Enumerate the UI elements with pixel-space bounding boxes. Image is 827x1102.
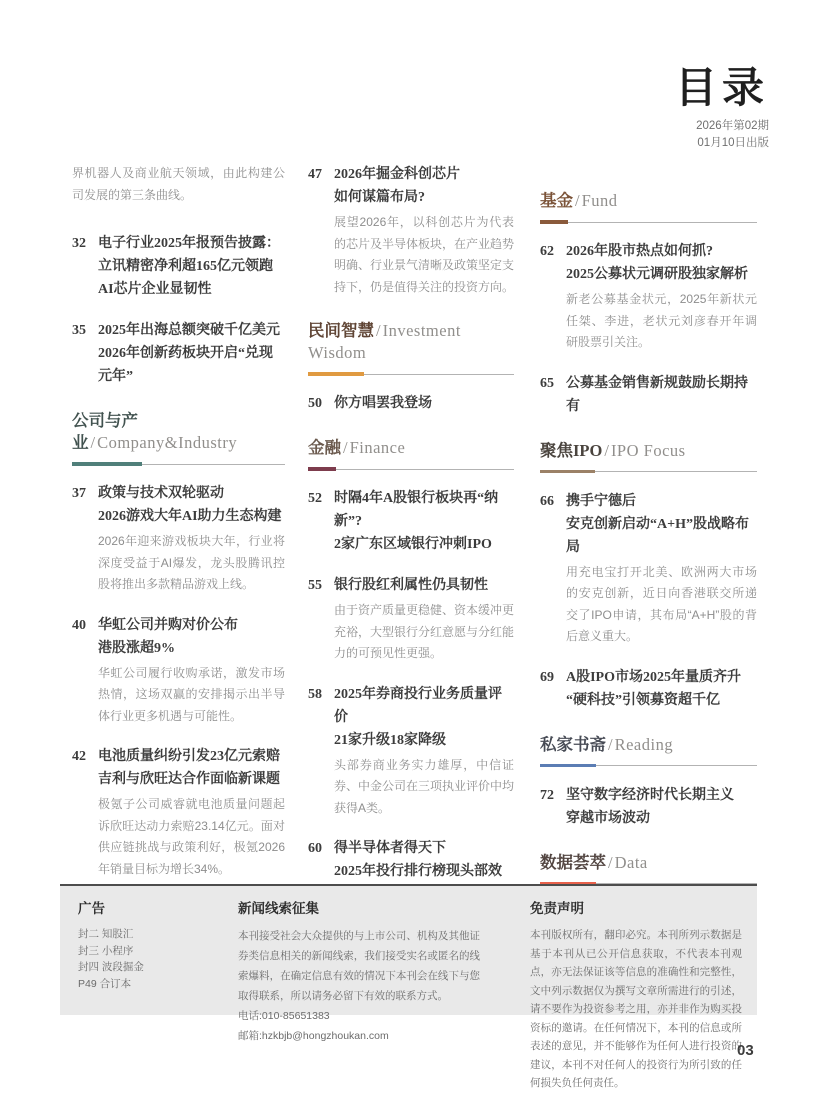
entry-title: 时隔4年A股银行板块再“纳新”? bbox=[334, 487, 514, 533]
entry-title: A股IPO市场2025年量质齐升 bbox=[566, 666, 757, 689]
entry-title: 穿越市场波动 bbox=[566, 807, 757, 830]
footer-disclaimer: 免责声明 本刊版权所有，翻印必究。本刊所列示数据是基于本刊从已公开信息获取，不代… bbox=[530, 900, 742, 1093]
toc-column-2: 472026年掘金科创芯片如何谋篇布局?展望2026年，以科创芯片为代表的芯片及… bbox=[308, 163, 514, 992]
toc-entry: 32电子行业2025年报预告披露：立讯精密净利超165亿元领跑AI芯片企业显韧性 bbox=[72, 232, 285, 301]
footer-band: 广告 封二 知股汇封三 小程序封四 波段掘金P49 合订本 新闻线索征集 本刊接… bbox=[60, 884, 757, 1015]
section-header: 公司与产业/Company&Industry bbox=[72, 410, 285, 466]
section-name-en: Finance bbox=[350, 438, 406, 457]
toc-entry: 40华虹公司并购对价公布港股涨超9%华虹公司履行收购承诺，激发市场热情，这场双赢… bbox=[72, 614, 285, 728]
section-name-en: Fund bbox=[582, 191, 618, 210]
entry-description: 极氪子公司威睿就电池质量问题起诉欣旺达动力索赔23.14亿元。面对供应链挑战与政… bbox=[98, 794, 285, 880]
entry-title: 携手宁德后 bbox=[566, 490, 757, 513]
entry-page-number: 37 bbox=[72, 482, 98, 596]
toc-entry: 55银行股红利属性仍具韧性由于资产质量更稳健、资本缓冲更充裕，大型银行分红意愿与… bbox=[308, 574, 514, 665]
section-rule bbox=[308, 467, 514, 471]
entry-page-number: 62 bbox=[540, 240, 566, 354]
entry-description: 由于资产质量更稳健、资本缓冲更充裕，大型银行分红意愿与分红能力的可预见性更强。 bbox=[334, 600, 514, 665]
publish-date: 01月10日出版 bbox=[675, 135, 769, 152]
entry-page-number: 32 bbox=[72, 232, 98, 301]
folio-page-number: 03 bbox=[737, 1042, 754, 1059]
toc-page: 目录 2026年第02期 01月10日出版 界机器人及商业航天领域，由此构建公司… bbox=[0, 0, 827, 1102]
section-rule-line bbox=[568, 222, 757, 223]
entry-title: 公募基金销售新规鼓励长期持有 bbox=[566, 372, 757, 418]
entry-title: 2025年券商投行业务质量评价 bbox=[334, 683, 514, 729]
section-accent-bar bbox=[308, 372, 364, 376]
section-slash: / bbox=[602, 441, 611, 460]
entry-title: 2025年出海总额突破千亿美元 bbox=[98, 319, 285, 342]
section-names: 基金/Fund bbox=[540, 190, 757, 212]
section-header: 基金/Fund bbox=[540, 190, 757, 224]
entry-body: 2025年券商投行业务质量评价21家升级18家降级头部券商业务实力雄厚，中信证券… bbox=[334, 683, 514, 820]
section-rule bbox=[540, 764, 757, 768]
section-name-en: Reading bbox=[615, 735, 674, 754]
section-rule-line bbox=[142, 464, 285, 465]
section-name-en: Company&Industry bbox=[97, 433, 237, 452]
section-header: 民间智慧/Investment Wisdom bbox=[308, 320, 514, 376]
toc-entry: 352025年出海总额突破千亿美元2026年创新药板块开启“兑现元年” bbox=[72, 319, 285, 388]
section-slash: / bbox=[89, 433, 98, 452]
ad-item: 封三 小程序 bbox=[78, 943, 218, 960]
entry-body: A股IPO市场2025年量质齐升“硬科技”引领募资超千亿 bbox=[566, 666, 757, 712]
entry-page-number: 65 bbox=[540, 372, 566, 418]
entry-page-number: 72 bbox=[540, 784, 566, 830]
footer-news-body: 本刊接受社会大众提供的与上市公司、机构及其他证券类信息相关的新闻线索，我们接受实… bbox=[238, 926, 480, 1006]
entry-page-number: 52 bbox=[308, 487, 334, 556]
toc-entry: 72坚守数字经济时代长期主义穿越市场波动 bbox=[540, 784, 757, 830]
masthead: 目录 2026年第02期 01月10日出版 bbox=[675, 66, 769, 152]
footer-news-tips: 新闻线索征集 本刊接受社会大众提供的与上市公司、机构及其他证券类信息相关的新闻线… bbox=[238, 900, 480, 1046]
entry-title: 电池质量纠纷引发23亿元索赔 bbox=[98, 745, 285, 768]
section-accent-bar bbox=[540, 470, 595, 474]
entry-title: 你方唱罢我登场 bbox=[334, 392, 514, 415]
entry-body: 携手宁德后安克创新启动“A+H”股战略布局用充电宝打开北美、欧洲两大市场的安克创… bbox=[566, 490, 757, 648]
toc-entry: 42电池质量纠纷引发23亿元索赔吉利与欣旺达合作面临新课题极氪子公司威睿就电池质… bbox=[72, 745, 285, 880]
toc-entry: 622026年股市热点如何抓?2025公募状元调研股独家解析新老公募基金状元，2… bbox=[540, 240, 757, 354]
section-slash: / bbox=[341, 438, 350, 457]
toc-entry: 37政策与技术双轮驱动2026游戏大年AI助力生态构建2026年迎来游戏板块大年… bbox=[72, 482, 285, 596]
footer-ads-heading: 广告 bbox=[78, 900, 218, 918]
entry-body: 电池质量纠纷引发23亿元索赔吉利与欣旺达合作面临新课题极氪子公司威睿就电池质量问… bbox=[98, 745, 285, 880]
entry-title: 2家广东区域银行冲刺IPO bbox=[334, 533, 514, 556]
entry-title: 如何谋篇布局? bbox=[334, 186, 514, 209]
entry-title: 立讯精密净利超165亿元领跑 bbox=[98, 255, 285, 278]
footer-disclaimer-body: 本刊版权所有，翻印必究。本刊所列示数据是基于本刊从已公开信息获取，不代表本刊观点… bbox=[530, 926, 742, 1093]
section-accent-bar bbox=[72, 462, 142, 466]
section-accent-bar bbox=[540, 764, 596, 768]
entry-page-number: 50 bbox=[308, 392, 334, 415]
ad-item: P49 合订本 bbox=[78, 976, 218, 993]
entry-title: 吉利与欣旺达合作面临新课题 bbox=[98, 768, 285, 791]
section-rule bbox=[540, 220, 757, 224]
section-names: 民间智慧/Investment Wisdom bbox=[308, 320, 514, 364]
section-names: 公司与产业/Company&Industry bbox=[72, 410, 285, 454]
footer-ads-list: 封二 知股汇封三 小程序封四 波段掘金P49 合订本 bbox=[78, 926, 218, 992]
entry-title: 华虹公司并购对价公布 bbox=[98, 614, 285, 637]
section-header: 聚焦IPO/IPO Focus bbox=[540, 440, 757, 474]
entry-body: 2025年出海总额突破千亿美元2026年创新药板块开启“兑现元年” bbox=[98, 319, 285, 388]
section-name-cn: 私家书斋 bbox=[540, 735, 606, 754]
section-header: 金融/Finance bbox=[308, 437, 514, 471]
entry-page-number: 58 bbox=[308, 683, 334, 820]
section-rule-line bbox=[364, 374, 514, 375]
entry-description: 2026年迎来游戏板块大年，行业将深度受益于AI爆发，龙头股腾讯控股将推出多款精… bbox=[98, 531, 285, 596]
entry-title: 安克创新启动“A+H”股战略布局 bbox=[566, 513, 757, 559]
section-rule-line bbox=[595, 471, 757, 472]
section-slash: / bbox=[573, 191, 582, 210]
toc-entry: 472026年掘金科创芯片如何谋篇布局?展望2026年，以科创芯片为代表的芯片及… bbox=[308, 163, 514, 298]
toc-entry: 50你方唱罢我登场 bbox=[308, 392, 514, 415]
ad-item: 封四 波段掘金 bbox=[78, 959, 218, 976]
entry-body: 电子行业2025年报预告披露：立讯精密净利超165亿元领跑AI芯片企业显韧性 bbox=[98, 232, 285, 301]
section-names: 私家书斋/Reading bbox=[540, 734, 757, 756]
entry-title: 21家升级18家降级 bbox=[334, 729, 514, 752]
entry-body: 2026年股市热点如何抓?2025公募状元调研股独家解析新老公募基金状元，202… bbox=[566, 240, 757, 354]
issue-number: 2026年第02期 bbox=[675, 118, 769, 135]
entry-body: 你方唱罢我登场 bbox=[334, 392, 514, 415]
entry-title: 电子行业2025年报预告披露： bbox=[98, 232, 285, 255]
section-rule-line bbox=[336, 469, 514, 470]
section-slash: / bbox=[374, 321, 383, 340]
entry-title: 2026年创新药板块开启“兑现元年” bbox=[98, 342, 285, 388]
toc-entry: 65公募基金销售新规鼓励长期持有 bbox=[540, 372, 757, 418]
footer-news-heading: 新闻线索征集 bbox=[238, 900, 480, 918]
footer-ads: 广告 封二 知股汇封三 小程序封四 波段掘金P49 合订本 bbox=[78, 900, 218, 992]
footer-news-phone: 电话:010-85651383 bbox=[238, 1006, 480, 1026]
toc-entry: 66携手宁德后安克创新启动“A+H”股战略布局用充电宝打开北美、欧洲两大市场的安… bbox=[540, 490, 757, 648]
section-name-cn: 基金 bbox=[540, 191, 573, 210]
section-accent-bar bbox=[540, 220, 568, 224]
section-rule bbox=[308, 372, 514, 376]
issue-info: 2026年第02期 01月10日出版 bbox=[675, 118, 769, 152]
section-slash: / bbox=[606, 853, 615, 872]
section-header: 私家书斋/Reading bbox=[540, 734, 757, 768]
section-names: 数据荟萃/Data bbox=[540, 852, 757, 874]
footer-news-email: 邮箱:hzkbjb@hongzhoukan.com bbox=[238, 1026, 480, 1046]
section-rule bbox=[540, 470, 757, 474]
section-name-cn: 聚焦IPO bbox=[540, 441, 602, 460]
entry-body: 公募基金销售新规鼓励长期持有 bbox=[566, 372, 757, 418]
entry-description: 头部券商业务实力雄厚，中信证券、中金公司在三项执业评价中均获得A类。 bbox=[334, 755, 514, 820]
entry-title: 港股涨超9% bbox=[98, 637, 285, 660]
section-slash: / bbox=[606, 735, 615, 754]
entry-body: 2026年掘金科创芯片如何谋篇布局?展望2026年，以科创芯片为代表的芯片及半导… bbox=[334, 163, 514, 298]
section-name-cn: 数据荟萃 bbox=[540, 853, 606, 872]
entry-title: 坚守数字经济时代长期主义 bbox=[566, 784, 757, 807]
entry-title: AI芯片企业显韧性 bbox=[98, 278, 285, 301]
toc-entry: 582025年券商投行业务质量评价21家升级18家降级头部券商业务实力雄厚，中信… bbox=[308, 683, 514, 820]
entry-description: 新老公募基金状元，2025年新状元任桀、李进，老状元刘彦春开年调研股票引关注。 bbox=[566, 289, 757, 354]
section-name-cn: 金融 bbox=[308, 438, 341, 457]
section-rule-line bbox=[596, 765, 757, 766]
ad-item: 封二 知股汇 bbox=[78, 926, 218, 943]
entry-description: 展望2026年，以科创芯片为代表的芯片及半导体板块，在产业趋势明确、行业景气清晰… bbox=[334, 212, 514, 298]
entry-title: 政策与技术双轮驱动 bbox=[98, 482, 285, 505]
section-name-en: Data bbox=[615, 853, 648, 872]
entry-title: “硬科技”引领募资超千亿 bbox=[566, 689, 757, 712]
section-name-cn: 民间智慧 bbox=[308, 321, 374, 340]
entry-description: 华虹公司履行收购承诺，激发市场热情，这场双赢的安排揭示出半导体行业更多机遇与可能… bbox=[98, 663, 285, 728]
section-name-en: IPO Focus bbox=[611, 441, 686, 460]
entry-page-number: 47 bbox=[308, 163, 334, 298]
continuation-text: 界机器人及商业航天领域，由此构建公司发展的第三条曲线。 bbox=[72, 163, 285, 206]
entry-page-number: 55 bbox=[308, 574, 334, 665]
entry-title: 得半导体者得天下 bbox=[334, 837, 514, 860]
entry-title: 2025公募状元调研股独家解析 bbox=[566, 263, 757, 286]
page-title: 目录 bbox=[675, 66, 769, 112]
entry-page-number: 69 bbox=[540, 666, 566, 712]
section-rule bbox=[72, 462, 285, 466]
toc-column-3: 基金/Fund622026年股市热点如何抓?2025公募状元调研股独家解析新老公… bbox=[540, 168, 757, 1006]
entry-body: 坚守数字经济时代长期主义穿越市场波动 bbox=[566, 784, 757, 830]
section-accent-bar bbox=[308, 467, 336, 471]
entry-title: 2026年股市热点如何抓? bbox=[566, 240, 757, 263]
entry-title: 银行股红利属性仍具韧性 bbox=[334, 574, 514, 597]
entry-body: 时隔4年A股银行板块再“纳新”?2家广东区域银行冲刺IPO bbox=[334, 487, 514, 556]
entry-title: 2026游戏大年AI助力生态构建 bbox=[98, 505, 285, 528]
toc-column-1: 界机器人及商业航天领域，由此构建公司发展的第三条曲线。32电子行业2025年报预… bbox=[72, 163, 285, 939]
entry-page-number: 35 bbox=[72, 319, 98, 388]
section-names: 金融/Finance bbox=[308, 437, 514, 459]
entry-body: 政策与技术双轮驱动2026游戏大年AI助力生态构建2026年迎来游戏板块大年，行… bbox=[98, 482, 285, 596]
entry-body: 银行股红利属性仍具韧性由于资产质量更稳健、资本缓冲更充裕，大型银行分红意愿与分红… bbox=[334, 574, 514, 665]
toc-entry: 69A股IPO市场2025年量质齐升“硬科技”引领募资超千亿 bbox=[540, 666, 757, 712]
entry-body: 华虹公司并购对价公布港股涨超9%华虹公司履行收购承诺，激发市场热情，这场双赢的安… bbox=[98, 614, 285, 728]
entry-page-number: 40 bbox=[72, 614, 98, 728]
footer-disclaimer-heading: 免责声明 bbox=[530, 900, 742, 918]
entry-page-number: 42 bbox=[72, 745, 98, 880]
entry-page-number: 66 bbox=[540, 490, 566, 648]
toc-entry: 52时隔4年A股银行板块再“纳新”?2家广东区域银行冲刺IPO bbox=[308, 487, 514, 556]
section-names: 聚焦IPO/IPO Focus bbox=[540, 440, 757, 462]
entry-description: 用充电宝打开北美、欧洲两大市场的安克创新，近日向香港联交所递交了IPO申请，其布… bbox=[566, 562, 757, 648]
entry-title: 2026年掘金科创芯片 bbox=[334, 163, 514, 186]
